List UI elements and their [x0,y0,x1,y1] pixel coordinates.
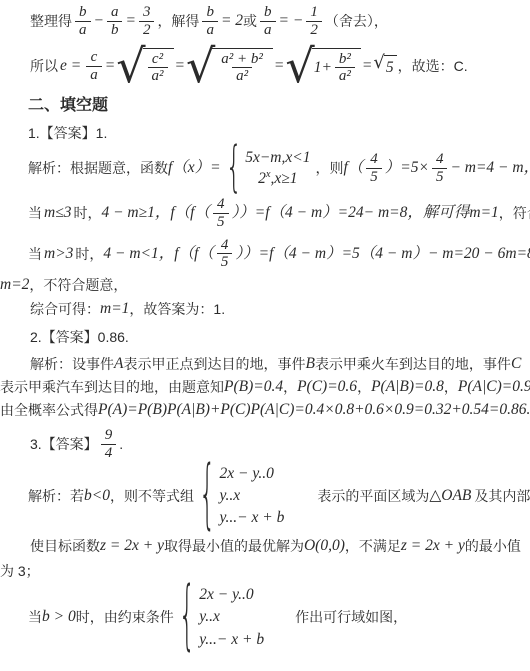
math-run: ,x≥1 [271,170,298,187]
radical-sign-icon: √ [285,48,314,85]
fraction-denominator: a [86,66,102,84]
text-run: 由全概率公式得 [0,400,98,420]
solution-line-q2-1: 解析：设事件 A 表示甲正点到达目的地，事件 B 表示甲乘火车到达目的地，事件 … [30,354,530,374]
solution-line-q1-4: m=2 ，不符合题意， [0,275,530,295]
math-run: =8，解可得 [389,203,469,223]
sqrt-radical: √ 5 [373,55,396,78]
text-run: 取得最小值的最优解为 [164,536,304,556]
text-run: ， [283,377,297,397]
math-run: f（x）= [168,158,221,178]
math-run: 4 − m≥1， [101,203,170,223]
system-rows: 2x − y..0 y..x y...− x + b [199,585,264,649]
solution-line-rearrange: 整理得 ba − ab = 32 ，解得 ba = 2 或 ba = − 12 … [30,4,530,39]
text-run: 整理得 [30,11,72,31]
fraction-numerator: b² [335,51,355,68]
inequality-system: { 2x − y..0 y..x y...− x + b [179,585,264,649]
math-run: = [175,56,185,76]
solution-line-q1-3: 当 m>3 时， 4 − m<1， f（f（ 45 ））=f（4 − m）=5（… [28,237,530,272]
fraction-denominator: 5 [213,213,229,231]
solution-line-q3-3: 为 3； [0,561,530,581]
fraction-denominator: b [107,21,123,39]
fraction: ba [75,4,91,39]
text-run: 表示的平面区域为 [317,486,429,506]
text-run: 表示甲乘汽车到达目的地，由题意知 [0,377,224,397]
text-run: 时，由约束条件 [76,607,174,627]
text-run: 解析：设事件 [30,354,114,374]
text-run: ，不满足 [345,536,401,556]
math-run: m≤3 [44,203,71,223]
system-row: 2x,x≥1 [258,169,297,188]
system-row: y...− x + b [199,630,264,649]
text-run: 及其内部， [474,486,530,506]
system-row: 5x−m,x<1 [245,148,310,167]
fraction-denominator: a² [232,67,252,85]
solution-line-q3-2: 使目标函数 z = 2x + y 取得最小值的最优解为 O(0,0) ，不满足 … [30,536,530,556]
text-run: ，不符合题意， [29,275,127,295]
fraction-numerator: a² + b² [217,51,267,68]
solution-line-q1-2: 当 m≤3 时， 4 − m≥1， f（f（ 45 ））=f（4 − m）=24… [28,196,530,231]
fraction-numerator: 1 [306,4,322,21]
section-header: 二、填空题 [28,96,530,116]
text-run: ，解得 [157,11,199,31]
fraction-denominator: 5 [217,253,233,271]
math-run: z = 2x + y [100,536,164,556]
text-run: 时， [73,203,101,223]
fraction-numerator: b [260,4,276,21]
text-run: . [119,434,123,454]
math-run: = [362,56,372,76]
math-run: m>3 [44,244,73,264]
radical-sign-icon: √ [186,48,215,85]
text-run: ，符合题意， [499,203,530,223]
fraction: ba [260,4,276,39]
fraction-denominator: 5 [432,168,448,186]
fraction: a² + b²a² [217,51,267,86]
fraction-numerator: 4 [366,151,382,168]
text-run: 为 3； [0,561,40,581]
answer-line-q2: 2.【答案】0.86. [30,327,530,347]
math-run: ））=f（4 − m）=5（4 − m）− m=20 − 6m=8，解可得 [235,244,530,264]
math-run: m=1 [100,299,129,319]
math-run: ））=f（4 − m）=2 [232,203,356,223]
solution-line-eccentricity: 所以 e = ca = √ c²a² = √ a² + b²a² = √ 1+ … [30,48,530,86]
math-run: e = [60,56,81,76]
text-run: 3.【答案】 [30,434,98,454]
text-run: 解析：根据题意，函数 [28,158,168,178]
fraction: c²a² [148,51,168,86]
math-run: ）=5× [385,158,429,178]
text-run: ， [444,377,458,397]
math-run: P(A)=P(B)P(A|B)+P(C)P(A|C)=0.4×0.8+0.6×0… [98,400,530,420]
text-run: 使目标函数 [30,536,100,556]
math-run: f（f（ [174,244,214,264]
fraction: 45 [213,196,229,231]
text-run: 表示甲正点到达目的地，事件 [123,354,305,374]
fraction-numerator: b [75,4,91,21]
radicand: 5 [384,55,397,78]
math-run: = [105,56,115,76]
system-rows: 2x − y..0 y..x y...− x + b [220,464,285,528]
fraction-numerator: a [107,4,123,21]
section-title: 二、填空题 [28,96,108,116]
math-run: △OAB [429,486,471,506]
text-run: 当 [28,607,42,627]
text-run: ，则 [315,158,343,178]
fraction: 45 [217,237,233,272]
text-run: 或 [243,11,257,31]
left-brace-icon: { [179,588,196,646]
text-run: 综合可得： [30,299,100,319]
fraction-numerator: 4 [432,151,448,168]
math-run: m=2 [0,275,29,295]
fraction-denominator: a [202,21,218,39]
solution-line-q1-1: 解析：根据题意，函数 f（x）= { 5x−m,x<1 2x,x≥1 ，则 f（… [28,148,530,188]
system-row: 2x − y..0 [199,585,253,604]
fraction-denominator: a² [148,67,168,85]
system-row: 2x − y..0 [220,464,274,483]
fraction-denominator: 2 [139,21,155,39]
math-run: P(C)=0.6 [297,377,357,397]
text-run: ，故答案为：1. [129,299,225,319]
text-run: 时， [75,244,103,264]
document-page: 整理得 ba − ab = 32 ，解得 ba = 2 或 ba = − 12 … [0,0,530,671]
solution-line-q3-1: 解析：若 b<0 ，则不等式组 { 2x − y..0 y..x y...− x… [28,464,530,528]
math-run: A [114,354,123,374]
math-run: P(B)=0.4 [224,377,283,397]
answer-line-q3: 3.【答案】 94 . [30,427,530,462]
text-run: ， [357,377,371,397]
text-run: ，则不等式组 [110,486,194,506]
text-run: 解析：若 [28,486,84,506]
fraction-numerator: c² [148,51,167,68]
left-brace-icon: { [199,467,216,525]
fraction-numerator: b [202,4,218,21]
fraction-denominator: a [75,21,91,39]
radicand: c²a² [143,48,174,86]
sqrt-radical: √ c²a² [116,48,173,86]
math-run: = [125,11,135,31]
text-run: 所以 [30,56,58,76]
math-run: = − [279,11,304,31]
sqrt-radical: √ a² + b²a² [186,48,273,86]
text-run: 当 [28,244,42,264]
sqrt-radical: √ 1+ b²a² [285,48,361,86]
solution-line-q3-4: 当 b > 0 时，由约束条件 { 2x − y..0 y..x y...− x… [28,585,530,649]
piecewise-rows: 5x−m,x<1 2x,x≥1 [245,148,310,188]
fraction: ca [86,49,102,84]
fraction-numerator: 9 [101,427,117,444]
system-row: y...− x + b [220,508,285,527]
math-run: b > 0 [42,607,76,627]
fraction: ab [107,4,123,39]
system-row: y..x [199,607,220,626]
math-run: C [511,354,521,374]
fraction: 45 [366,151,382,186]
system-row: y..x [220,486,241,505]
text-run: ，故选：C. [398,56,468,76]
fraction-denominator: 2 [306,21,322,39]
math-run: 2 [258,170,266,187]
fraction-denominator: 5 [366,168,382,186]
inequality-system: { 2x − y..0 y..x y...− x + b [199,464,284,528]
math-run: f（f（ [170,203,210,223]
math-run: = 2 [221,11,243,31]
text-run: 表示甲乘火车到达目的地，事件 [315,354,511,374]
math-run: P(A|B)=0.8 [371,377,444,397]
left-brace-icon: { [226,147,243,189]
solution-line-q2-2: 表示甲乘汽车到达目的地，由题意知 P(B)=0.4 ， P(C)=0.6 ， P… [0,377,530,397]
text-run: 1.【答案】1. [28,123,107,143]
piecewise-system: { 5x−m,x<1 2x,x≥1 [226,148,311,188]
math-run: = [274,56,284,76]
solution-line-q1-5: 综合可得： m=1 ，故答案为：1. [30,299,530,319]
math-run: 5 [386,58,394,78]
math-run: b<0 [84,486,110,506]
fraction: b²a² [335,51,355,86]
fraction-denominator: a [260,21,276,39]
radical-sign-icon: √ [116,48,145,85]
fraction-denominator: a² [335,67,355,85]
fraction-numerator: 4 [217,237,233,254]
fraction-denominator: 4 [101,444,117,462]
fraction: 45 [432,151,448,186]
fraction: 94 [101,427,117,462]
solution-line-q2-3: 由全概率公式得 P(A)=P(B)P(A|B)+P(C)P(A|C)=0.4×0… [0,400,530,420]
math-run: m=1 [469,203,498,223]
math-run: 1+ [314,58,332,78]
text-run: 2.【答案】0.86. [30,327,129,347]
math-run: − [94,11,104,31]
fraction-numerator: 3 [139,4,155,21]
fraction: 12 [306,4,322,39]
text-run: （舍去）， [325,11,388,31]
fraction-numerator: c [87,49,102,66]
text-run: 的最小值 [465,536,521,556]
math-run: z = 2x + y [401,536,465,556]
math-run: f（ [343,158,363,178]
fraction: ba [202,4,218,39]
math-run: O(0,0) [304,536,345,556]
radicand: a² + b²a² [212,48,273,86]
fraction: 32 [139,4,155,39]
math-run: B [305,354,314,374]
math-run: − m=4 − m， [450,158,530,178]
radicand: 1+ b²a² [312,48,361,86]
text-run: 当 [28,203,42,223]
math-run: 4 − m<1， [103,244,174,264]
answer-line-q1: 1.【答案】1. [28,123,530,143]
math-run: P(A|C)=0.9; [458,377,530,397]
text-run: 作出可行域如图， [295,607,407,627]
